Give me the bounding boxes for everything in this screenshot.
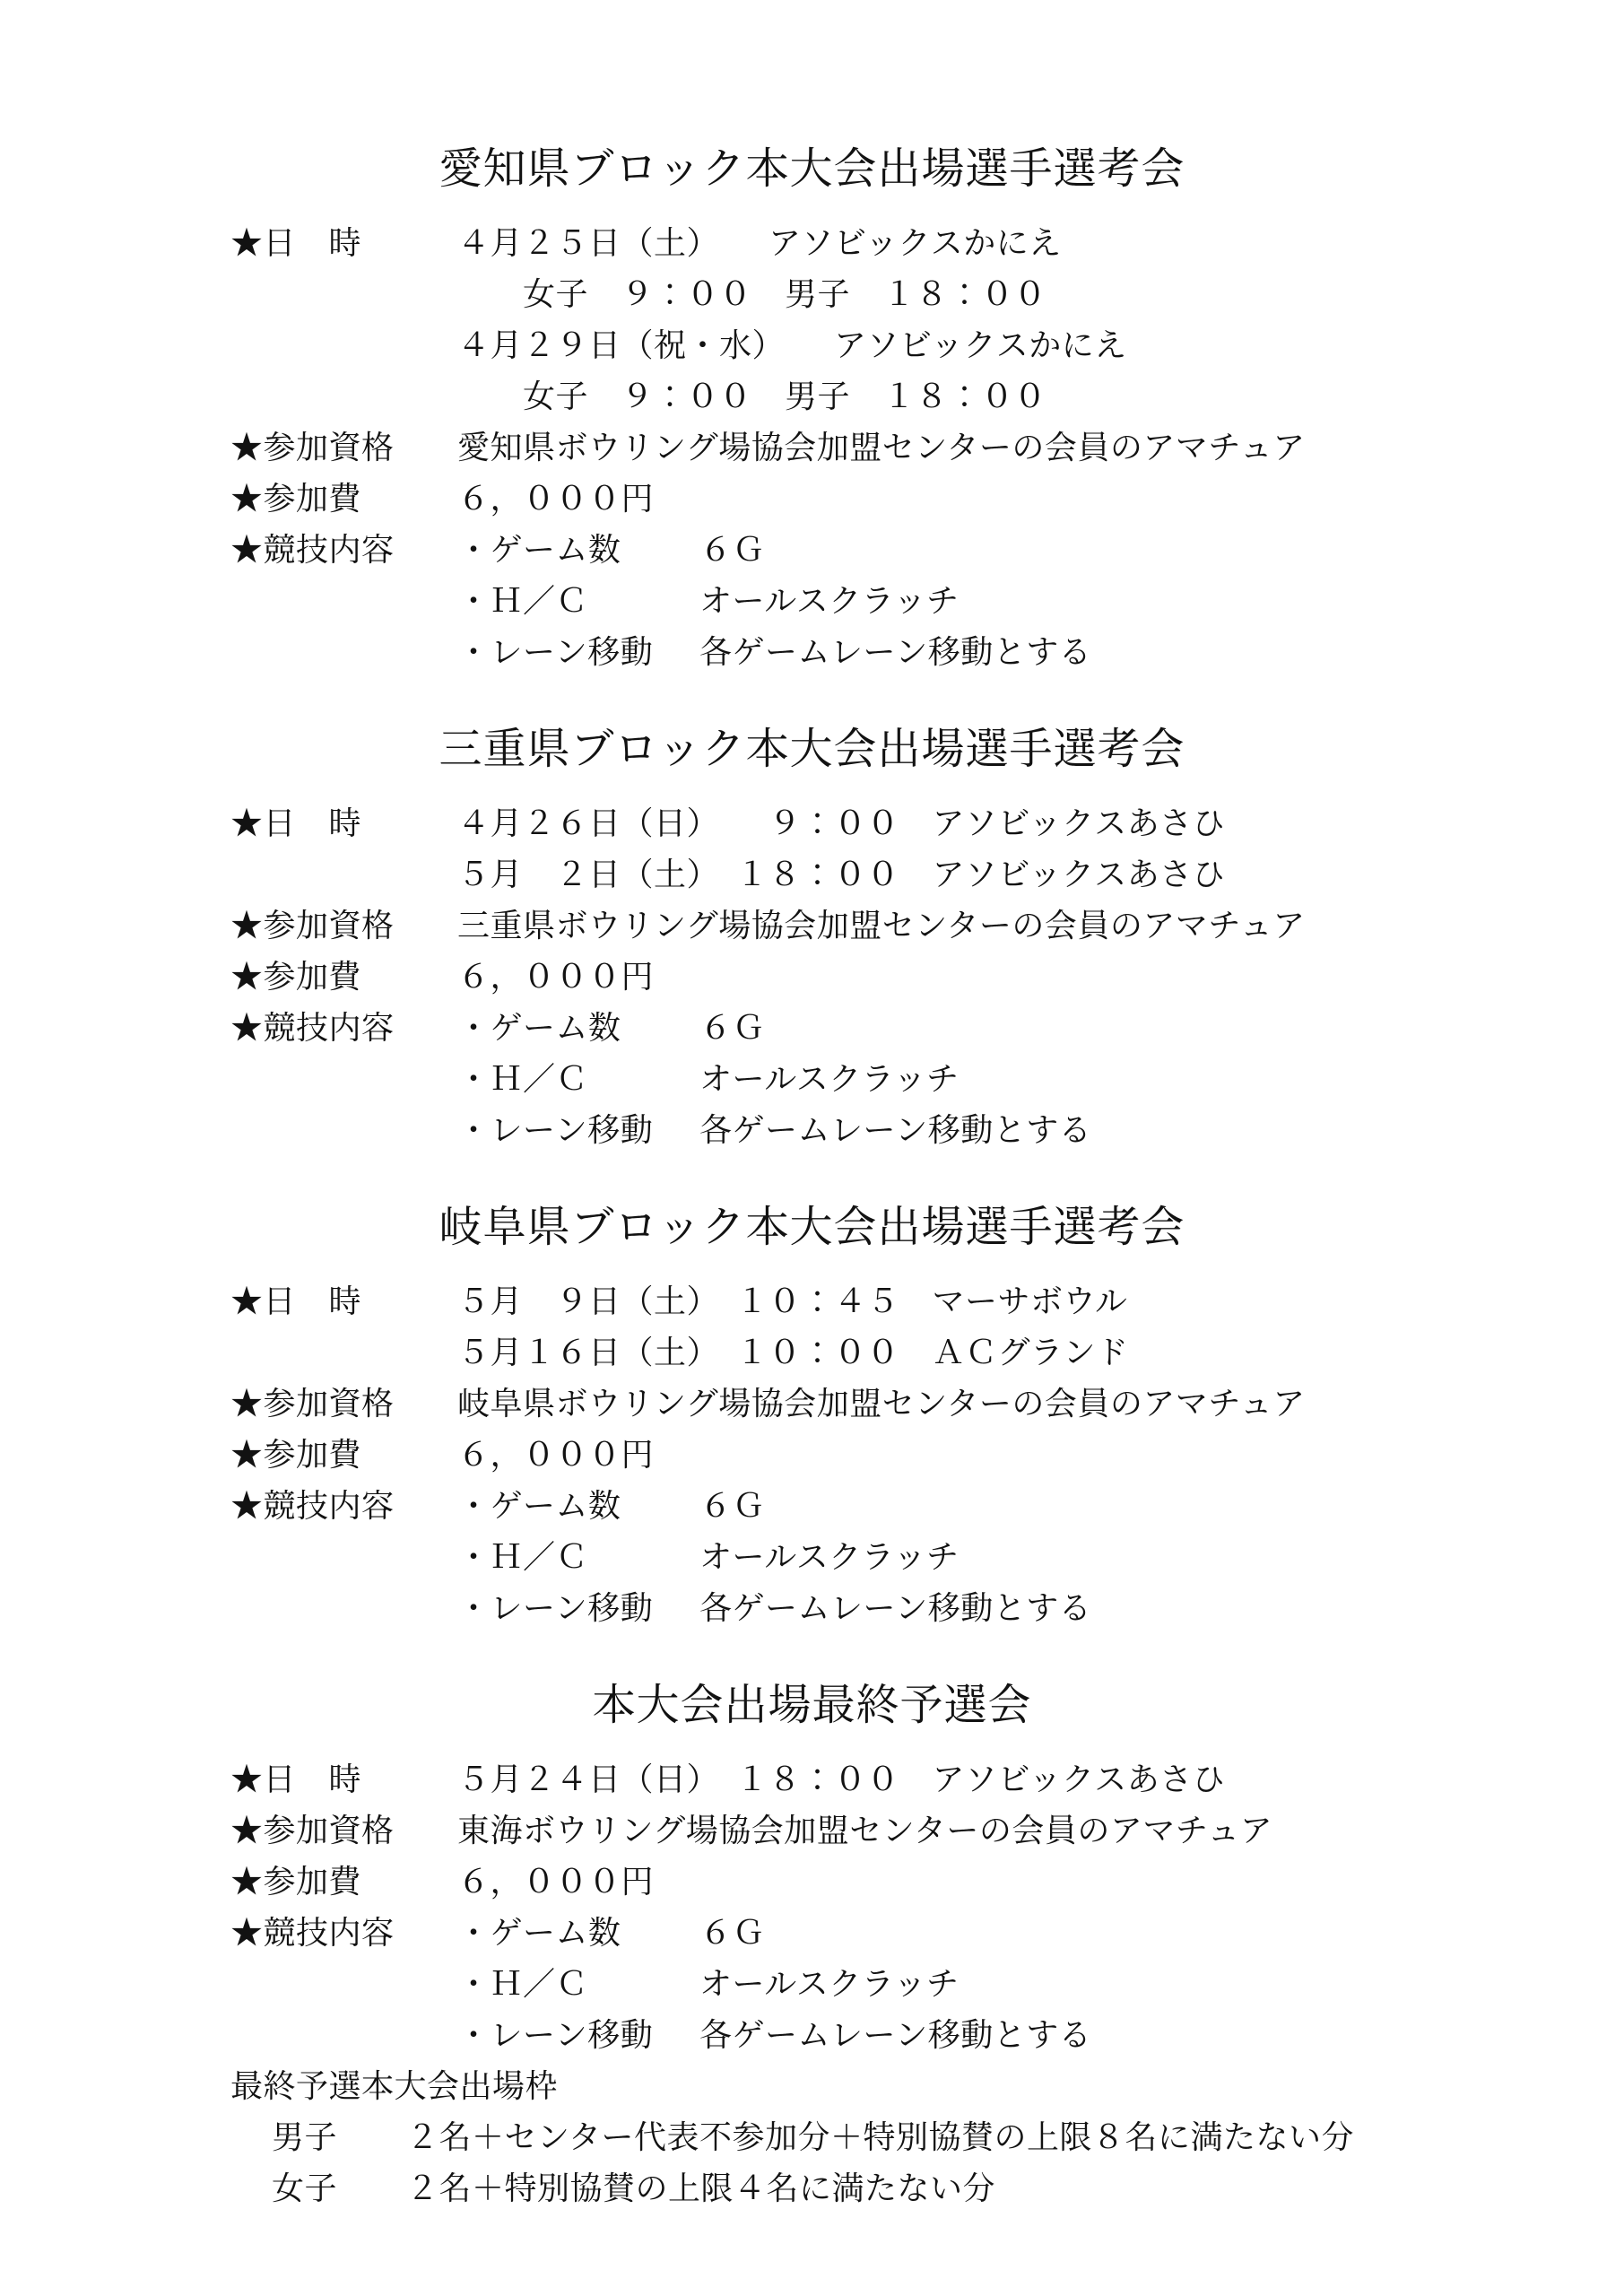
row-content: ・ゲーム数 [457, 1003, 699, 1054]
section-row: ・Ｈ／Ｃオールスクラッチ [230, 1959, 1624, 2010]
section-title: 本大会出場最終予選会 [0, 1684, 1624, 1727]
row-content: ５月 ２日（土） １８：００ アソビックスあさひ [457, 849, 1225, 900]
row-label: ★参加資格 [230, 1805, 457, 1857]
row-label [230, 1327, 457, 1378]
section-row: ５月 ２日（土） １８：００ アソビックスあさひ [230, 849, 1624, 900]
row-value: 各ゲームレーン移動とする [699, 2010, 1091, 2061]
row-content: ６，０００円 [457, 1857, 654, 1908]
section-row: ・Ｈ／Ｃオールスクラッチ [230, 1532, 1624, 1583]
row-label [230, 576, 457, 627]
row-label: ★参加資格 [230, 1378, 457, 1430]
section-row: ★参加資格三重県ボウリング場協会加盟センターの会員のアマチュア [230, 900, 1624, 952]
row-label: ★日 時 [230, 798, 457, 849]
quota-text: ２名＋特別協賛の上限４名に満たない分 [406, 2163, 995, 2214]
row-label [230, 1054, 457, 1105]
section-title: 愛知県ブロック本大会出場選手選考会 [0, 148, 1624, 191]
row-value: オールスクラッチ [699, 1959, 959, 2010]
row-label [230, 269, 457, 320]
section-row: ★日 時５月２４日（日） １８：００ アソビックスあさひ [230, 1754, 1624, 1805]
section-row: ★日 時４月２５日（土） アソビックスかにえ [230, 218, 1624, 269]
row-content: ５月１６日（土） １０：００ ＡＣグランド [457, 1327, 1129, 1378]
quota-label: 女子 [272, 2163, 406, 2214]
row-label [230, 1583, 457, 1634]
row-content: 愛知県ボウリング場協会加盟センターの会員のアマチュア [457, 422, 1306, 474]
section-row: ★競技内容・ゲーム数６Ｇ [230, 1003, 1624, 1054]
section-row: ★参加資格愛知県ボウリング場協会加盟センターの会員のアマチュア [230, 422, 1624, 474]
row-value: 各ゲームレーン移動とする [699, 1583, 1091, 1634]
row-value: ６Ｇ [699, 1003, 765, 1054]
row-label [230, 1105, 457, 1156]
row-label [230, 371, 457, 422]
row-content: ・ゲーム数 [457, 1908, 699, 1959]
quota-row: 女子２名＋特別協賛の上限４名に満たない分 [272, 2163, 1624, 2214]
row-content: ・Ｈ／Ｃ [457, 1054, 699, 1105]
quota-label: 男子 [272, 2112, 406, 2163]
section-row: 女子 ９：００ 男子 １８：００ [230, 371, 1624, 422]
section-row: ★競技内容・ゲーム数６Ｇ [230, 1908, 1624, 1959]
row-label: ★日 時 [230, 218, 457, 269]
section-row: ５月１６日（土） １０：００ ＡＣグランド [230, 1327, 1624, 1378]
quota-text: ２名＋センター代表不参加分＋特別協賛の上限８名に満たない分 [406, 2112, 1354, 2163]
row-content: ６，０００円 [457, 952, 654, 1003]
row-value: 各ゲームレーン移動とする [699, 627, 1091, 678]
section-row: ★日 時５月 ９日（土） １０：４５ マーサボウル [230, 1276, 1624, 1327]
section-row: ・レーン移動各ゲームレーン移動とする [230, 1105, 1624, 1156]
row-content: ５月 ９日（土） １０：４５ マーサボウル [457, 1276, 1127, 1327]
row-label: ★競技内容 [230, 1908, 457, 1959]
row-content: 三重県ボウリング場協会加盟センターの会員のアマチュア [457, 900, 1306, 952]
row-content: ・ゲーム数 [457, 525, 699, 576]
section-row: ・Ｈ／Ｃオールスクラッチ [230, 576, 1624, 627]
row-content: ・ゲーム数 [457, 1481, 699, 1532]
row-content: ４月２６日（日） ９：００ アソビックスあさひ [457, 798, 1225, 849]
section-title: 岐阜県ブロック本大会出場選手選考会 [0, 1206, 1624, 1249]
row-value: オールスクラッチ [699, 1054, 959, 1105]
row-content: 女子 ９：００ 男子 １８：００ [457, 269, 1046, 320]
row-content: 岐阜県ボウリング場協会加盟センターの会員のアマチュア [457, 1378, 1306, 1430]
section-row: ★競技内容・ゲーム数６Ｇ [230, 1481, 1624, 1532]
row-label: ★参加費 [230, 1430, 457, 1481]
section-row: ４月２９日（祝・水） アソビックスかにえ [230, 320, 1624, 371]
section-row: ★参加費６，０００円 [230, 1430, 1624, 1481]
row-content: ・Ｈ／Ｃ [457, 576, 699, 627]
section-row: ・Ｈ／Ｃオールスクラッチ [230, 1054, 1624, 1105]
row-label: ★日 時 [230, 1276, 457, 1327]
row-value: 各ゲームレーン移動とする [699, 1105, 1091, 1156]
row-value: ６Ｇ [699, 1908, 765, 1959]
row-content: ・Ｈ／Ｃ [457, 1959, 699, 2010]
row-value: ６Ｇ [699, 525, 765, 576]
section-row: ★参加費６，０００円 [230, 952, 1624, 1003]
row-content: ５月２４日（日） １８：００ アソビックスあさひ [457, 1754, 1225, 1805]
row-label: ★参加費 [230, 474, 457, 525]
row-label [230, 320, 457, 371]
document-page: 愛知県ブロック本大会出場選手選考会★日 時４月２５日（土） アソビックスかにえ … [0, 0, 1624, 2296]
section-row: ★競技内容・ゲーム数６Ｇ [230, 525, 1624, 576]
section-row: ・レーン移動各ゲームレーン移動とする [230, 1583, 1624, 1634]
row-content: ・レーン移動 [457, 2010, 699, 2061]
section-2: 三重県ブロック本大会出場選手選考会★日 時４月２６日（日） ９：００ アソビック… [0, 728, 1624, 1156]
row-content: ４月２９日（祝・水） アソビックスかにえ [457, 320, 1127, 371]
section-1: 愛知県ブロック本大会出場選手選考会★日 時４月２５日（土） アソビックスかにえ … [0, 148, 1624, 678]
row-content: ６，０００円 [457, 1430, 654, 1481]
footer-items: 男子２名＋センター代表不参加分＋特別協賛の上限８名に満たない分女子２名＋特別協賛… [0, 2112, 1624, 2214]
row-label: ★参加費 [230, 1857, 457, 1908]
section-title: 三重県ブロック本大会出場選手選考会 [0, 728, 1624, 771]
row-label: ★参加資格 [230, 422, 457, 474]
section-row: 女子 ９：００ 男子 １８：００ [230, 269, 1624, 320]
final-qualifier-quota-heading: 最終予選本大会出場枠 [230, 2061, 1624, 2112]
row-content: 女子 ９：００ 男子 １８：００ [457, 371, 1046, 422]
row-content: 東海ボウリング場協会加盟センターの会員のアマチュア [457, 1805, 1272, 1857]
section-row: ★日 時４月２６日（日） ９：００ アソビックスあさひ [230, 798, 1624, 849]
row-label [230, 2010, 457, 2061]
section-4: 本大会出場最終予選会★日 時５月２４日（日） １８：００ アソビックスあさひ★参… [0, 1684, 1624, 2061]
row-content: ・レーン移動 [457, 1583, 699, 1634]
row-content: ４月２５日（土） アソビックスかにえ [457, 218, 1062, 269]
row-label: ★競技内容 [230, 1481, 457, 1532]
row-label: ★参加資格 [230, 900, 457, 952]
section-row: ・レーン移動各ゲームレーン移動とする [230, 2010, 1624, 2061]
row-label: ★日 時 [230, 1754, 457, 1805]
section-row: ★参加費６，０００円 [230, 474, 1624, 525]
row-label [230, 1959, 457, 2010]
section-row: ・レーン移動各ゲームレーン移動とする [230, 627, 1624, 678]
row-content: ・レーン移動 [457, 627, 699, 678]
section-3: 岐阜県ブロック本大会出場選手選考会★日 時５月 ９日（土） １０：４５ マーサボ… [0, 1206, 1624, 1634]
row-value: ６Ｇ [699, 1481, 765, 1532]
sections: 愛知県ブロック本大会出場選手選考会★日 時４月２５日（土） アソビックスかにえ … [0, 148, 1624, 2061]
row-content: ・Ｈ／Ｃ [457, 1532, 699, 1583]
row-label: ★参加費 [230, 952, 457, 1003]
section-row: ★参加資格東海ボウリング場協会加盟センターの会員のアマチュア [230, 1805, 1624, 1857]
row-label: ★競技内容 [230, 1003, 457, 1054]
row-value: オールスクラッチ [699, 576, 959, 627]
row-label: ★競技内容 [230, 525, 457, 576]
section-row: ★参加資格岐阜県ボウリング場協会加盟センターの会員のアマチュア [230, 1378, 1624, 1430]
row-value: オールスクラッチ [699, 1532, 959, 1583]
row-content: ・レーン移動 [457, 1105, 699, 1156]
row-label [230, 627, 457, 678]
section-row: ★参加費６，０００円 [230, 1857, 1624, 1908]
row-content: ６，０００円 [457, 474, 654, 525]
row-label [230, 1532, 457, 1583]
row-label [230, 849, 457, 900]
quota-row: 男子２名＋センター代表不参加分＋特別協賛の上限８名に満たない分 [272, 2112, 1624, 2163]
